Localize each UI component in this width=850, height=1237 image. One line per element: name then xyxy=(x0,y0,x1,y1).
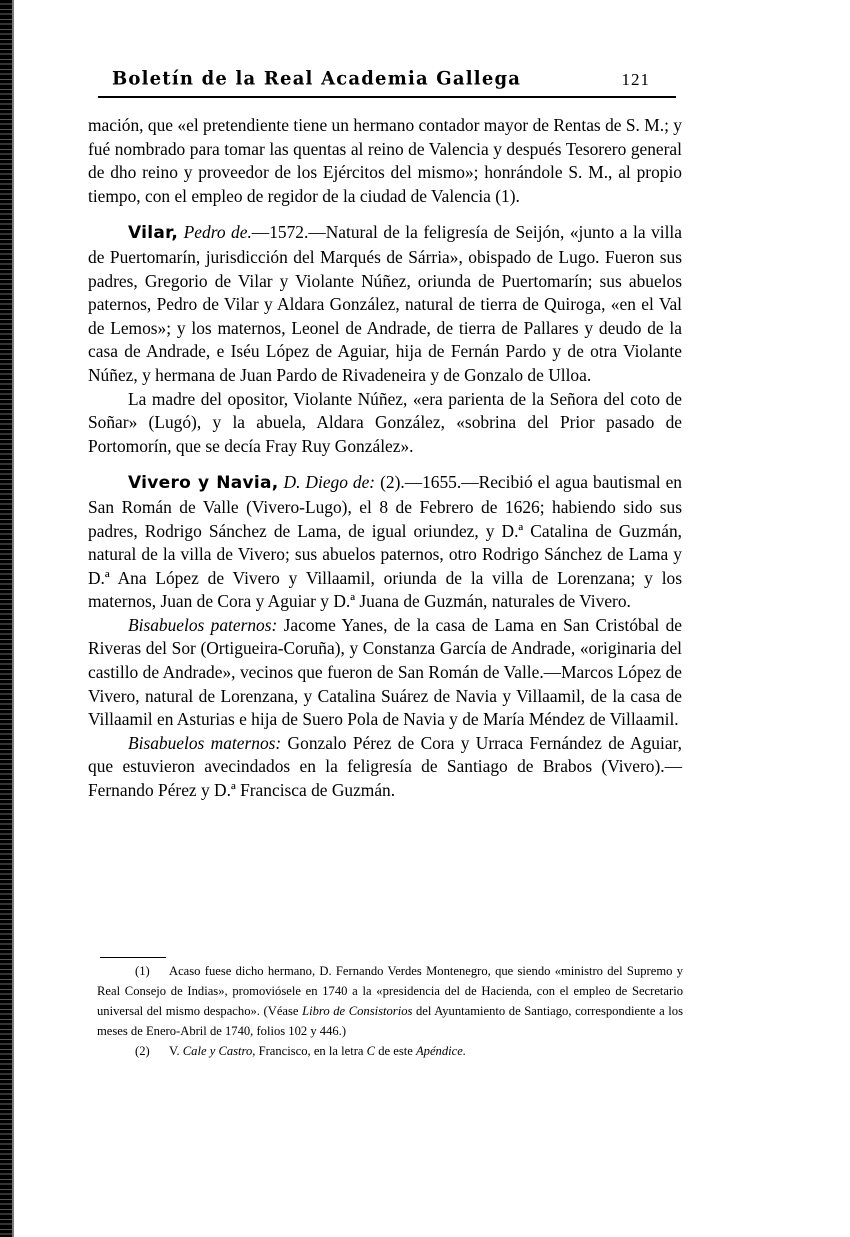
entry-surname: Vilar, xyxy=(128,223,178,243)
section-label: Bisabuelos maternos: xyxy=(128,733,281,753)
entry-text: —1572.—Natural de la feligresía de Seijó… xyxy=(88,222,682,385)
entry-vilar: Vilar, Pedro de.—1572.—Natural de la fel… xyxy=(88,221,682,387)
footnote-italic: Cale y Castro xyxy=(183,1044,253,1058)
entry-vivero-y-navia: Vivero y Navia, D. Diego de: (2).—1655.—… xyxy=(88,471,682,614)
continuation-paragraph: mación, que «el pretendiente tiene un he… xyxy=(88,114,682,208)
footnote-italic: Libro de Consistorios xyxy=(302,1004,412,1018)
footnote-italic: C xyxy=(367,1044,375,1058)
paternal-great-grandparents: Bisabuelos paternos: Jacome Yanes, de la… xyxy=(88,614,682,732)
entry-paragraph: La madre del opositor, Violante Núñez, «… xyxy=(88,388,682,459)
footnotes: (1)Acaso fuese dicho hermano, D. Fernand… xyxy=(97,961,683,1061)
entry-surname: Vivero y Navia, xyxy=(128,473,279,493)
journal-title: Boletín de la Real Academia Gallega xyxy=(112,67,521,89)
section-label: Bisabuelos paternos: xyxy=(128,615,277,635)
running-header: Boletín de la Real Academia Gallega 121 xyxy=(112,68,680,96)
entry-given-name: D. Diego de: xyxy=(284,472,376,492)
footnote-rule xyxy=(100,957,166,958)
page-number: 121 xyxy=(622,70,651,90)
main-text: mación, que «el pretendiente tiene un he… xyxy=(88,114,682,803)
maternal-great-grandparents: Bisabuelos maternos: Gonzalo Pérez de Co… xyxy=(88,732,682,803)
footnote-2: (2)V. Cale y Castro, Francisco, en la le… xyxy=(97,1041,683,1061)
footnote-italic: Apéndice. xyxy=(416,1044,466,1058)
entry-given-name: Pedro de. xyxy=(184,222,252,242)
footnote-text: V. xyxy=(169,1044,183,1058)
book-binding-edge xyxy=(0,0,12,1237)
header-rule xyxy=(98,96,676,98)
binding-shadow xyxy=(12,0,14,1237)
footnote-1: (1)Acaso fuese dicho hermano, D. Fernand… xyxy=(97,961,683,1041)
footnote-mark: (2) xyxy=(135,1041,169,1061)
footnote-text: de este xyxy=(375,1044,416,1058)
footnote-mark: (1) xyxy=(135,961,169,981)
footnote-text: , Francisco, en la letra xyxy=(252,1044,366,1058)
